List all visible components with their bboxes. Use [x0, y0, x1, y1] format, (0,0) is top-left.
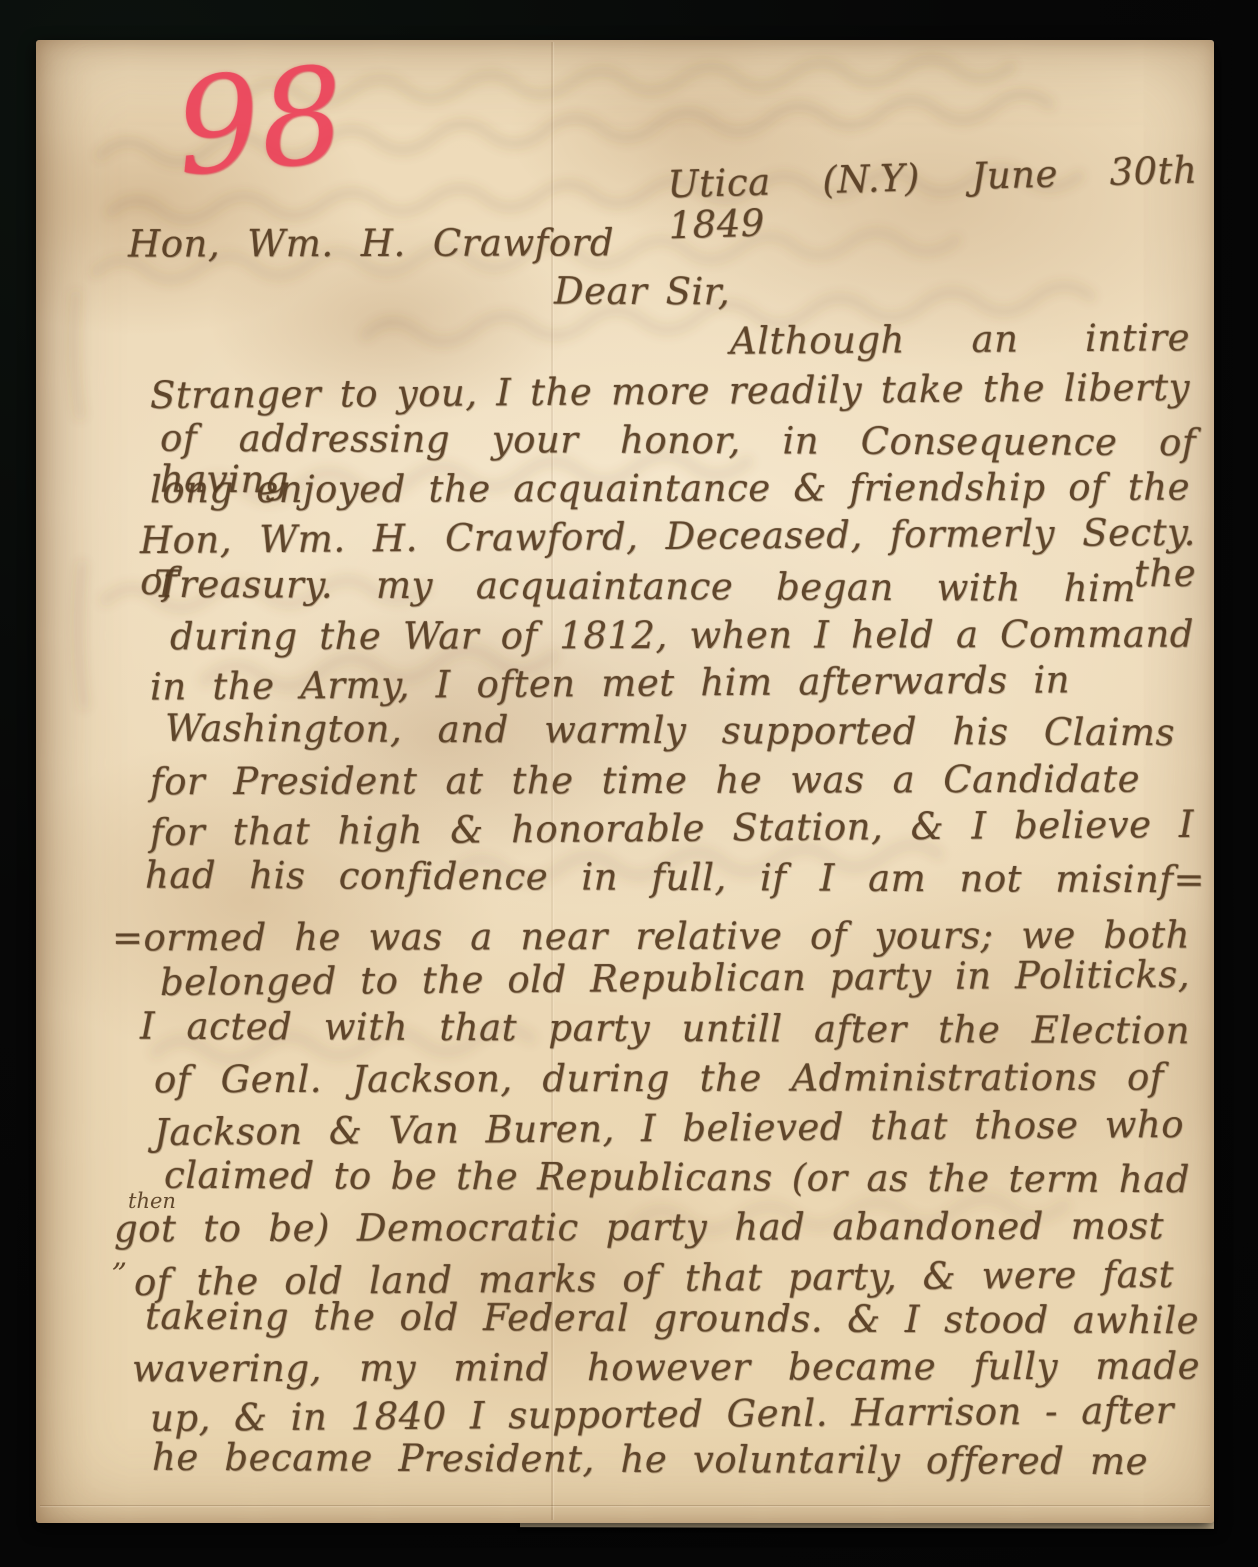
letter-line: of Genl. Jackson, during the Administrat…: [154, 1058, 1164, 1101]
recipient-line: Hon, Wm. H. Crawford: [128, 223, 614, 265]
document-scan: { "page_marker": "98", "letter": { "date…: [0, 0, 1258, 1567]
opening-line: Although an intire: [730, 318, 1190, 362]
page-number: 98: [171, 49, 350, 195]
salutation: Dear Sir,: [554, 272, 730, 313]
letter-line: long enjoyed the acquaintance & friendsh…: [150, 468, 1190, 511]
letter-line: belonged to the old Republican party in …: [160, 955, 1190, 1004]
letter-line: I acted with that party untill after the…: [140, 1007, 1190, 1052]
letter-line: Stranger to you, I the more readily take…: [150, 368, 1190, 417]
letter-line: he became President, he voluntarily offe…: [152, 1438, 1148, 1483]
letter-line: =ormed he was a near relative of yours; …: [112, 916, 1190, 960]
interlinear-insertion: then: [128, 1191, 176, 1212]
letter-line: wavering, my mind however became fully m…: [132, 1347, 1200, 1390]
letter-line: up, & in 1840 I supported Genl. Harrison…: [150, 1391, 1174, 1440]
letter-line: claimed to be the Republicans (or as the…: [164, 1156, 1190, 1201]
letter-line: in the Army, I often met him afterwards …: [150, 660, 1070, 708]
dateline: Utica (N.Y) June 30th 1849: [667, 151, 1199, 247]
fold-crease-horizontal: [40, 1505, 1210, 1506]
letter-line: during the War of 1812, when I held a Co…: [170, 615, 1194, 658]
insertion-caret: „: [112, 1242, 128, 1272]
letter-line: got to be) Democratic party had abandone…: [114, 1207, 1164, 1250]
letter-line: Washington, and warmly supported his Cla…: [165, 709, 1175, 754]
letter-line: for that high & honorable Station, & I b…: [150, 805, 1194, 854]
letter-line: for President at the time he was a Candi…: [150, 760, 1140, 803]
letter-line: Treasury. my acquaintance began with him: [154, 565, 1136, 610]
letter-line: had his confidence in full, if I am not …: [145, 856, 1205, 901]
letter-line: Jackson & Van Buren, I believed that tho…: [154, 1105, 1184, 1154]
letter-line: takeing the old Federal grounds. & I sto…: [145, 1297, 1199, 1342]
